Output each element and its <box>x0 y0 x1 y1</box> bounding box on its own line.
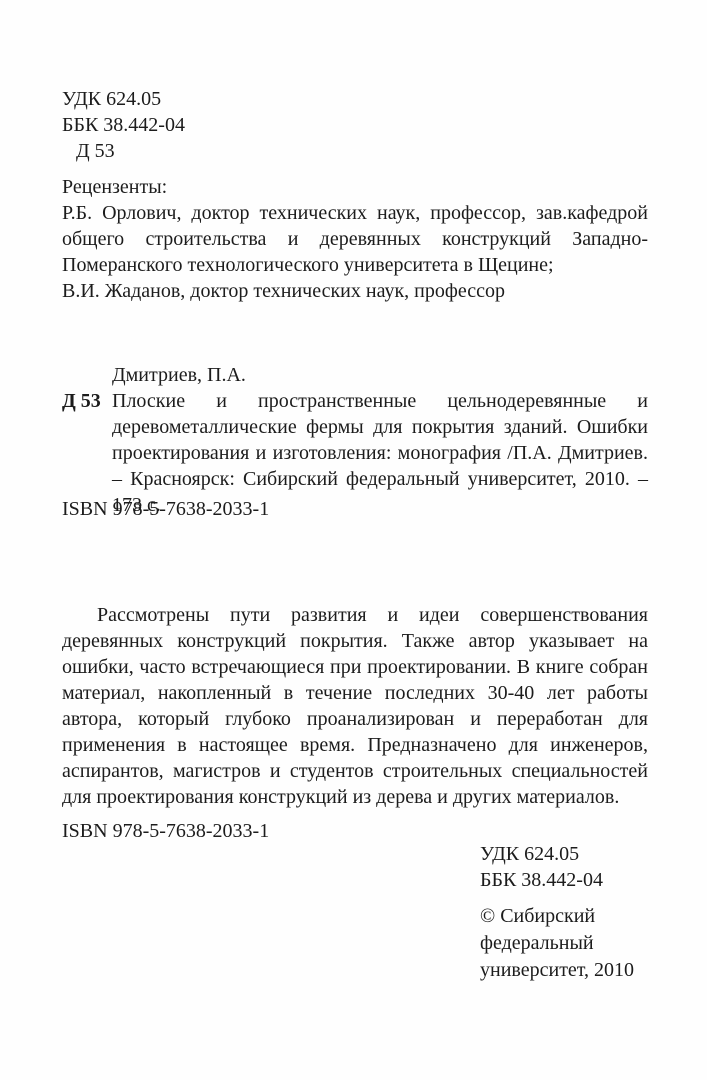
catalog-label: Д 53 <box>62 388 101 414</box>
bottom-classification-block: УДК 624.05 ББК 38.442-04 <box>480 841 603 893</box>
copyright-line-2: федеральный <box>480 930 634 957</box>
reviewers-block: Рецензенты: Р.Б. Орлович, доктор техниче… <box>62 174 648 304</box>
udc-code: УДК 624.05 <box>62 86 185 112</box>
bbk-code: ББК 38.442-04 <box>62 112 185 138</box>
bbk-code-bottom: ББК 38.442-04 <box>480 867 603 893</box>
isbn-top: ISBN 978-5-7638-2033-1 <box>62 496 269 522</box>
author-name: Дмитриев, П.А. <box>62 362 648 388</box>
udc-code-bottom: УДК 624.05 <box>480 841 603 867</box>
bibliographic-entry: Дмитриев, П.А. Д 53 Плоские и пространст… <box>62 362 648 518</box>
book-imprint-page: УДК 624.05 ББК 38.442-04 Д 53 Рецензенты… <box>0 0 707 1080</box>
author-sign-code: Д 53 <box>62 138 185 164</box>
copyright-line-1: © Сибирский <box>480 903 634 930</box>
reviewers-heading: Рецензенты: <box>62 174 648 200</box>
isbn-bottom: ISBN 978-5-7638-2033-1 <box>62 818 269 844</box>
top-classification-block: УДК 624.05 ББК 38.442-04 Д 53 <box>62 86 185 164</box>
reviewer-2: В.И. Жаданов, доктор технических наук, п… <box>62 278 648 304</box>
copyright-notice: © Сибирский федеральный университет, 201… <box>480 903 634 984</box>
copyright-line-3: университет, 2010 <box>480 957 634 984</box>
abstract-text: Рассмотрены пути развития и идеи соверше… <box>62 602 648 810</box>
abstract-block: Рассмотрены пути развития и идеи соверше… <box>62 602 648 810</box>
reviewer-1: Р.Б. Орлович, доктор технических наук, п… <box>62 200 648 278</box>
